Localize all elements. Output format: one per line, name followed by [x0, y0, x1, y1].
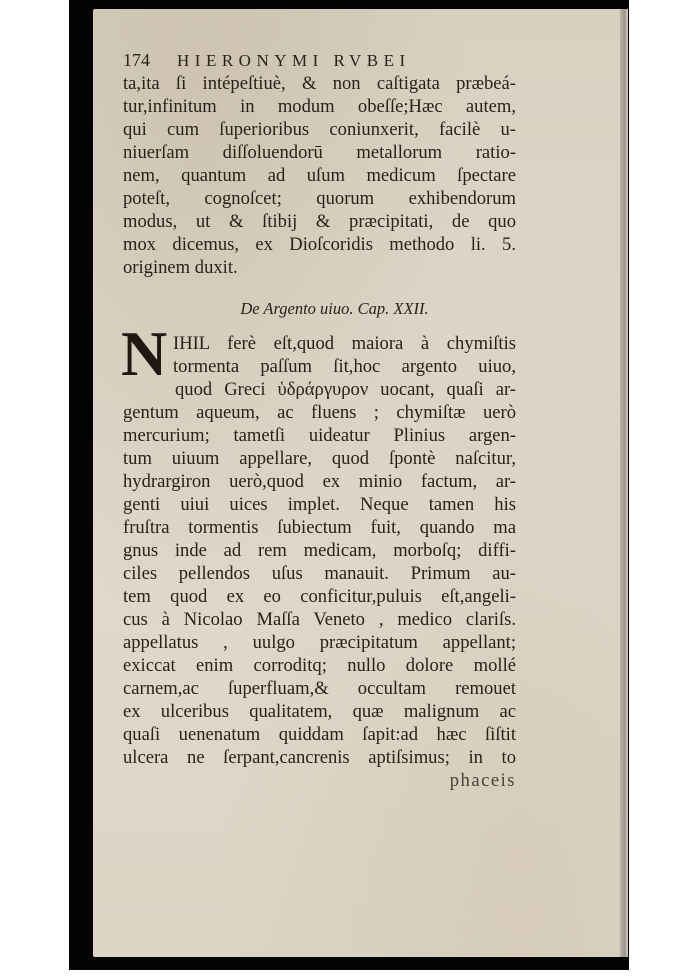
text-line: qui cum ſuperioribus coniunxerit, facilè… [123, 118, 516, 141]
text-line: IHIL ferè eſt,quod maiora à chymiſtis [123, 332, 516, 355]
text-line: exiccat enim corroditq; nullo dolore mol… [123, 654, 516, 677]
text-line: mox dicemus, ex Dioſcoridis methodo li. … [123, 233, 516, 256]
text-line: tem quod ex eo conficitur,puluis eſt,ang… [123, 585, 516, 608]
text-line: carnem,ac ſuperfluam,& occultam remouet [123, 677, 516, 700]
text-line: mercurium; tametſi uideatur Plinius arge… [123, 424, 516, 447]
text-line: cus à Nicolao Maſſa Veneto , medico clar… [123, 608, 516, 631]
text-line: modus, ut & ſtibij & præcipitati, de quo [123, 210, 516, 233]
text-line: genti uiui uices implet. Neque tamen his [123, 493, 516, 516]
text-line: hydrargiron uerò,quod ex minio factum, a… [123, 470, 516, 493]
running-title: HIERONYMI RVBEI [177, 49, 411, 72]
drop-cap: N [121, 329, 167, 379]
text-line: quaſi uenenatum quiddam ſapit:ad hæc ſiſ… [123, 723, 516, 746]
text-line: appellatus , uulgo præcipitatum appellan… [123, 631, 516, 654]
chapter-heading: De Argento uiuo. Cap. XXII. [153, 297, 516, 320]
text-line: ta,ita ſi intépeſtiuè, & non caſtigata p… [123, 72, 516, 95]
text-line: poteſt, cognoſcet; quorum exhibendorum [123, 187, 516, 210]
running-head: 174 HIERONYMI RVBEI [123, 49, 516, 72]
text-line: tur,infinitum in modum obeſſe;Hæc autem, [123, 95, 516, 118]
text-line: gnus inde ad rem medicam, morboſq; diffi… [123, 539, 516, 562]
text-line: nem, quantum ad uſum medicum ſpectare [123, 164, 516, 187]
page-number: 174 [123, 49, 177, 72]
text-line: niuerſam diſſoluendorū metallorum ratio- [123, 141, 516, 164]
text-line: ex ulceribus qualitatem, quæ malignum ac [123, 700, 516, 723]
page-text: 174 HIERONYMI RVBEI ta,ita ſi intépeſtiu… [123, 49, 516, 792]
opening-paragraph: ta,ita ſi intépeſtiuè, & non caſtigata p… [123, 72, 516, 279]
text-line: originem duxit. [123, 256, 516, 279]
text-line: ciles pellendos uſus manauit. Primum au- [123, 562, 516, 585]
catchword: phaceis [123, 769, 516, 792]
page-fold-shadow [620, 9, 628, 957]
text-line: fruſtra tormentis ſubiectum fuit, quando… [123, 516, 516, 539]
text-line: tum uiuum appellare, quod ſpontè naſcitu… [123, 447, 516, 470]
text-line: quod Greci ὑδράργυρον uocant, quaſi ar- [123, 378, 516, 401]
text-line: gentum aqueum, ac fluens ; chymiſtæ uerò [123, 401, 516, 424]
text-line: ulcera ne ſerpant,cancrenis aptiſsimus; … [123, 746, 516, 769]
chapter-body: N IHIL ferè eſt,quod maiora à chymiſtis … [123, 332, 516, 792]
text-line: tormenta paſſum ſit,hoc argento uiuo, [123, 355, 516, 378]
